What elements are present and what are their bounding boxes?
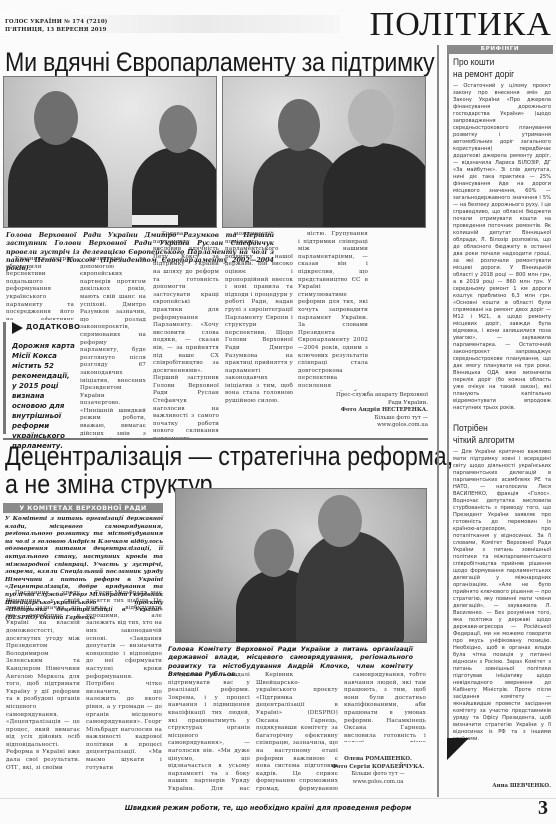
- additional-info-box: ДОДАТКОВО Дорожня карта Місії Кокса міст…: [3, 322, 75, 434]
- more-photos-link[interactable]: Більше фото тут — www.golos.com.ua: [330, 771, 426, 786]
- issue-date: П'ЯТНИЦЯ, 13 ВЕРЕСНЯ 2019: [5, 26, 108, 34]
- article2-headline-line1: Децентралізація — стратегічна реформа,: [5, 442, 453, 470]
- article2-column-3: будемо й надалі підтримувати вас у реалі…: [168, 672, 250, 792]
- title-line: Про кошти: [453, 57, 514, 69]
- briefing2-text: — Для України критично важливо мати підт…: [453, 449, 551, 779]
- article2-column-1: Посланник уряду Німеччини у своїй допові…: [6, 590, 80, 792]
- column-text: Посланник уряду Німеччини у своїй допові…: [6, 590, 80, 772]
- article1-column-2: розвиткові та допомогою європейських пар…: [80, 256, 146, 438]
- article1-column-1: Учасники зустрічі обговорили перспективи…: [6, 256, 74, 320]
- additional-info-label: ДОДАТКОВО: [26, 323, 80, 331]
- article2-column-5: самоврядування, тобто навчання людей, як…: [344, 672, 426, 742]
- photo-figure-head: [159, 105, 197, 153]
- photo-credit: Фото Андрія НЕСТЕРЕНКА.: [330, 407, 428, 415]
- title-line: на ремонт доріг: [453, 69, 514, 81]
- sidebar-border: [447, 54, 449, 744]
- column-text: розвиткові та допомогою європейських пар…: [80, 256, 146, 438]
- article1-column-4: можливості поміжного парламентського роз…: [225, 231, 293, 438]
- author-credit: Олена РОМАШЕНКО.: [330, 756, 426, 764]
- column-text: Георг Мільбрадт, має досягти тих щаблів.…: [86, 590, 162, 772]
- masthead-info: ГОЛОС УКРАЇНИ № 174 (7210) П'ЯТНИЦЯ, 13 …: [5, 18, 108, 34]
- footer-rule: [0, 798, 556, 799]
- photo-figure-head: [34, 91, 78, 145]
- issue-number: ГОЛОС УКРАЇНИ № 174 (7210): [5, 18, 108, 26]
- article1-signature: Прес-служба апарату Верховної Ради Украї…: [330, 392, 428, 430]
- photo-figure-head: [254, 529, 294, 577]
- column-divider: [437, 45, 439, 797]
- title-line: Потрібен: [453, 423, 514, 435]
- briefing2-signature: Анна ШЕВЧЕНКО.: [492, 783, 551, 789]
- article2-column-4: Керівник Швейцарсько-українського проєкт…: [256, 672, 338, 792]
- press-service-credit: Прес-служба апарату Верховної Ради Украї…: [330, 392, 428, 407]
- photo-figure: [296, 531, 404, 643]
- footer-slogan: Швидкий режим роботи, те, що необхідно к…: [0, 804, 556, 812]
- article1-column-5: ністю. Групування і підтримки співпраці …: [298, 231, 368, 391]
- column-text: ністю. Групування і підтримки співпраці …: [298, 231, 368, 391]
- briefings-rubric: БРИФІНГИ: [447, 45, 553, 54]
- article2-rubric: У КОМІТЕТАХ ВЕРХОВНОЇ РАДИ: [3, 503, 163, 513]
- section-divider: [3, 438, 428, 440]
- article2-photo: [175, 488, 427, 643]
- briefing1-title: Про кошти на ремонт доріг: [453, 57, 514, 80]
- additional-info-text: Дорожня карта Місії Кокса містить 52 рек…: [12, 341, 76, 451]
- article1-headline: Ми вдячні Європарламенту за підтримку: [5, 47, 434, 77]
- newspaper-page: ГОЛОС УКРАЇНИ № 174 (7210) П'ЯТНИЦЯ, 13 …: [0, 0, 556, 824]
- photo-figure-head: [348, 89, 394, 147]
- page-number: 3: [538, 797, 548, 820]
- corner-flag-icon: [447, 738, 469, 760]
- column-text: Голова парламенту висловив вдячність Пет…: [153, 231, 219, 438]
- article2-column-2: Георг Мільбрадт, має досягти тих щаблів.…: [86, 590, 162, 792]
- article1-column-3: Голова парламенту висловив вдячність Пет…: [153, 231, 219, 438]
- column-text: самоврядування, тобто навчання людей, як…: [344, 672, 426, 742]
- flag-arrow-icon: [12, 322, 23, 334]
- article1-photo-left: [3, 76, 217, 228]
- briefings-sidebar: БРИФІНГИ Про кошти на ремонт доріг — Ост…: [447, 45, 553, 790]
- nameplate: [132, 215, 178, 225]
- title-line: чіткий алгоритм: [453, 435, 514, 447]
- section-title: ПОЛІТИКА: [370, 8, 552, 42]
- briefing1-text: — Остаточний у цілому проєкт закону про …: [453, 83, 551, 421]
- photo-figure: [323, 143, 426, 228]
- column-text: можливості поміжного парламентського роз…: [225, 231, 293, 406]
- column-text: Учасники зустрічі обговорили перспективи…: [6, 256, 74, 320]
- photo-figure: [8, 135, 108, 228]
- article1-photo-right: [222, 76, 426, 228]
- photo-figure-head: [318, 495, 362, 547]
- more-photos-link[interactable]: Більше фото тут — www.golos.com.ua: [330, 415, 428, 430]
- column-text: будемо й надалі підтримувати вас у реалі…: [168, 672, 250, 792]
- photo-figure-head: [278, 99, 320, 151]
- column-text: Керівник Швейцарсько-українського проєкт…: [256, 672, 338, 792]
- article2-signature: Олена РОМАШЕНКО. Фото Сергія КОРАБЕЙЧУКА…: [330, 756, 426, 786]
- briefing2-title: Потрібен чіткий алгоритм: [453, 423, 514, 446]
